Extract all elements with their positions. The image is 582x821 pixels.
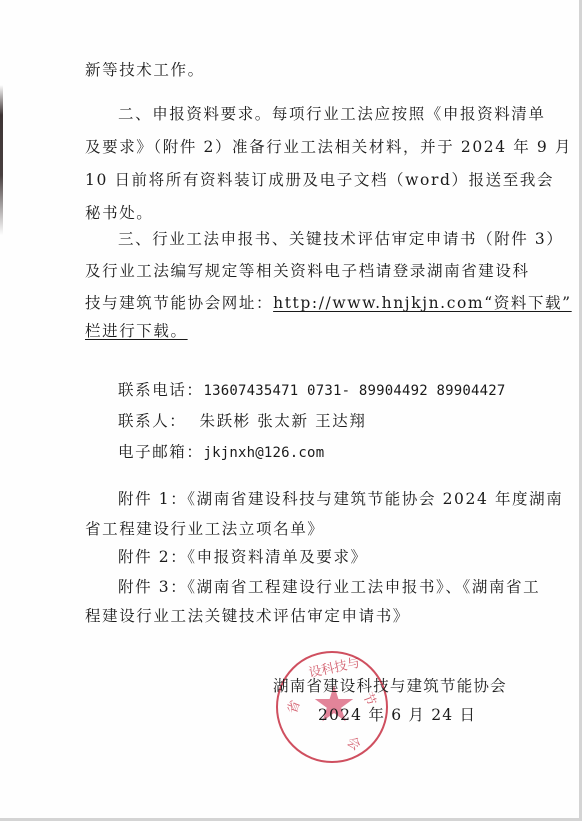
seal-text-left: 省 xyxy=(281,697,303,716)
section3-line1: 三、行业工法申报书、关键技术评估审定申请书（附件 3） xyxy=(118,229,564,249)
phone-label: 联系电话： xyxy=(118,381,204,399)
section2-line1: 二、申报资料要求。每项行业工法应按照《申报资料清单 xyxy=(118,104,546,124)
seal-text-bottom-right: 会 xyxy=(344,731,366,754)
section2-line3: 10 日前将所有资料装订成册及电子文档（word）报送至我会 xyxy=(85,170,554,190)
scan-edge-artifact xyxy=(0,85,3,235)
section3-line2: 及行业工法编写规定等相关资料电子档请登录湖南省建设科 xyxy=(85,261,530,281)
contact-phone: 联系电话：13607435471 0731- 89904492 89904427 xyxy=(118,380,506,401)
attachment-1-line2: 省工程建设行业工法立项名单》 xyxy=(85,519,324,539)
contact-person: 联系人： 朱跃彬 张太新 王达翔 xyxy=(118,411,366,431)
attachment-2: 附件 2：《申报资料清单及要求》 xyxy=(118,547,368,567)
contact-email: 电子邮箱：jkjnxh@126.com xyxy=(118,442,324,463)
issuing-organization: 湖南省建设科技与建筑节能协会 xyxy=(273,674,507,696)
website-label: 技与建筑节能协会网址： xyxy=(85,294,273,312)
person-label: 联系人： xyxy=(118,412,186,430)
email-label: 电子邮箱： xyxy=(118,443,204,461)
paragraph-continuation: 新等技术工作。 xyxy=(85,60,205,80)
section2-line2: 及要求》（附件 2）准备行业工法相关材料，并于 2024 年 9 月 xyxy=(85,137,572,157)
attachment-3-line1: 附件 3：《湖南省工程建设行业工法申报书》、《湖南省工 xyxy=(118,577,540,597)
person-value: 朱跃彬 张太新 王达翔 xyxy=(199,412,366,430)
website-link[interactable]: http://www.hnjkjn.com“资料下载” xyxy=(273,294,572,312)
attachment-1-line1: 附件 1：《湖南省建设科技与建筑节能协会 2024 年度湖南 xyxy=(118,489,563,509)
download-link-text[interactable]: 栏进行下载。 xyxy=(85,322,188,340)
section3-line4: 栏进行下载。 xyxy=(85,321,188,341)
phone-value: 13607435471 0731- 89904492 89904427 xyxy=(204,383,506,399)
email-value: jkjnxh@126.com xyxy=(204,445,325,461)
attachment-3-line2: 程建设行业工法关键技术评估审定申请书》 xyxy=(85,606,410,626)
section2-line4: 秘书处。 xyxy=(85,203,153,223)
issue-date: 2024 年 6 月 24 日 xyxy=(318,703,476,725)
document-page: 新等技术工作。 二、申报资料要求。每项行业工法应按照《申报资料清单 及要求》（附… xyxy=(0,0,582,821)
section3-line3: 技与建筑节能协会网址：http://www.hnjkjn.com“资料下载” xyxy=(85,293,572,313)
